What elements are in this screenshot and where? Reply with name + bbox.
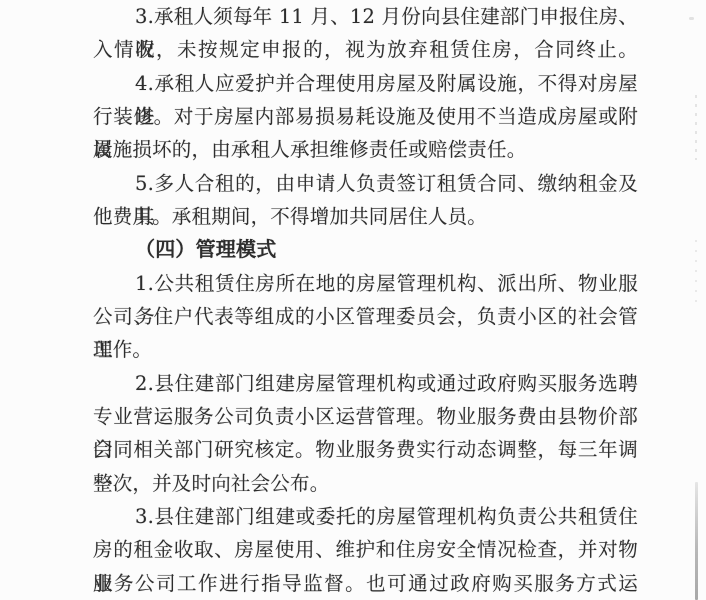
text-line: 他费用。承租期间，不得增加共同居住人员。 bbox=[93, 200, 638, 233]
text-line: 入情况，未按规定申报的，视为放弃租赁住房，合同终止。 bbox=[93, 33, 638, 66]
text-line: 1.公共租赁住房所在地的房屋管理机构、派出所、物业服务 bbox=[93, 267, 638, 300]
scan-artifact-edge-streak bbox=[695, 482, 698, 600]
scan-artifact-edge-line bbox=[695, 240, 697, 310]
document-text-block: 3.承租人须每年 11 月、12 月份向县住建部门申报住房、收 入情况，未按规定… bbox=[93, 0, 638, 600]
text-line: 3.承租人须每年 11 月、12 月份向县住建部门申报住房、收 bbox=[93, 0, 638, 33]
scan-artifact-speck bbox=[689, 17, 694, 20]
document-page: 3.承租人须每年 11 月、12 月份向县住建部门申报住房、收 入情况，未按规定… bbox=[0, 0, 706, 600]
text-line: 服务公司工作进行指导监督。也可通过政府购买服务方式运营、 bbox=[93, 567, 638, 600]
text-line: 一次，并及时向社会公布。 bbox=[93, 467, 638, 500]
text-line: 行装修。对于房屋内部易损易耗设施及使用不当造成房屋或附属 bbox=[93, 100, 638, 133]
text-line: 会同相关部门研究核定。物业服务费实行动态调整，每三年调整 bbox=[93, 433, 638, 466]
text-line: 设施损坏的，由承租人承担维修责任或赔偿责任。 bbox=[93, 133, 638, 166]
section-heading: （四）管理模式 bbox=[93, 233, 638, 266]
text-line: 3.县住建部门组建或委托的房屋管理机构负责公共租赁住 bbox=[93, 500, 638, 533]
text-line: 2.县住建部门组建房屋管理机构或通过政府购买服务选聘 bbox=[93, 367, 638, 400]
text-line: 专业营运服务公司负责小区运营管理。物业服务费由县物价部门 bbox=[93, 400, 638, 433]
text-line: 5.多人合租的，由申请人负责签订租赁合同、缴纳租金及其 bbox=[93, 167, 638, 200]
text-line: 房的租金收取、房屋使用、维护和住房安全情况检查，并对物业 bbox=[93, 533, 638, 566]
text-line: 4.承租人应爱护并合理使用房屋及附属设施，不得对房屋进 bbox=[93, 67, 638, 100]
text-line: 公司、住户代表等组成的小区管理委员会，负责小区的社会管理 bbox=[93, 300, 638, 333]
text-line: 工作。 bbox=[93, 333, 638, 366]
scan-artifact-edge-line bbox=[695, 95, 697, 160]
